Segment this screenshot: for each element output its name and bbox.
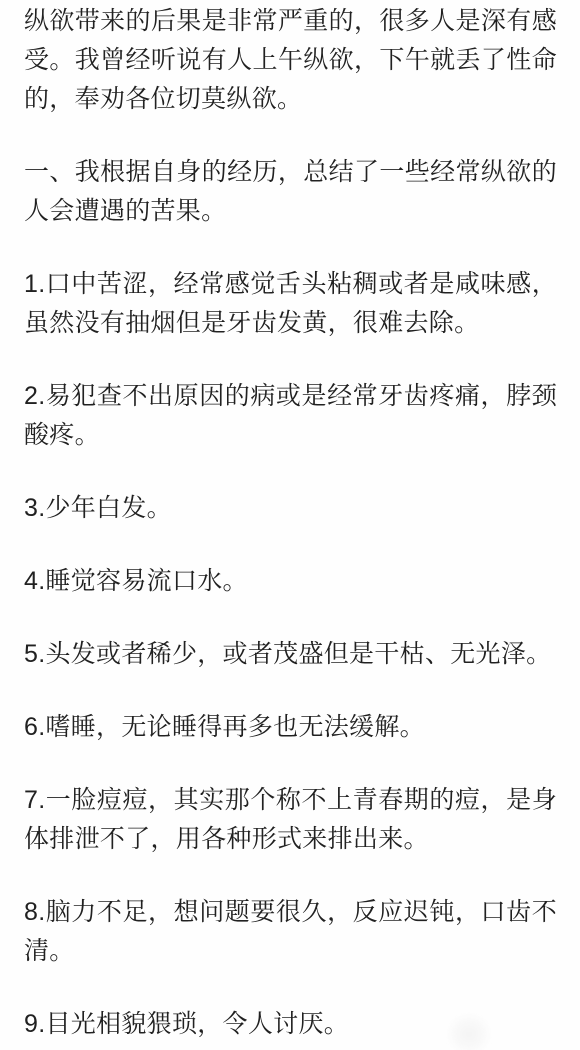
article-text-body: 纵欲带来的后果是非常严重的，很多人是深有感受。我曾经听说有人上午纵欲，下午就丢了… [24,2,557,1044]
article-page: 纵欲带来的后果是非常严重的，很多人是深有感受。我曾经听说有人上午纵欲，下午就丢了… [0,0,580,1050]
list-item-5: 5.头发或者稀少，或者茂盛但是干枯、无光泽。 [24,635,557,674]
list-item-9: 9.目光相貌猥琐，令人讨厌。 [24,1005,557,1044]
list-item-2: 2.易犯查不出原因的病或是经常牙齿疼痛，脖颈酸疼。 [24,377,557,455]
paragraph-intro: 纵欲带来的后果是非常严重的，很多人是深有感受。我曾经听说有人上午纵欲，下午就丢了… [24,2,557,119]
list-item-1: 1.口中苦涩，经常感觉舌头粘稠或者是咸味感，虽然没有抽烟但是牙齿发黄，很难去除。 [24,265,557,343]
list-item-4: 4.睡觉容易流口水。 [24,562,557,601]
list-item-7: 7.一脸痘痘，其实那个称不上青春期的痘，是身体排泄不了，用各种形式来排出来。 [24,781,557,859]
list-item-3: 3.少年白发。 [24,489,557,528]
paragraph-section-heading: 一、我根据自身的经历，总结了一些经常纵欲的人会遭遇的苦果。 [24,153,557,231]
list-item-8: 8.脑力不足，想问题要很久，反应迟钝，口齿不清。 [24,893,557,971]
list-item-6: 6.嗜睡，无论睡得再多也无法缓解。 [24,708,557,747]
